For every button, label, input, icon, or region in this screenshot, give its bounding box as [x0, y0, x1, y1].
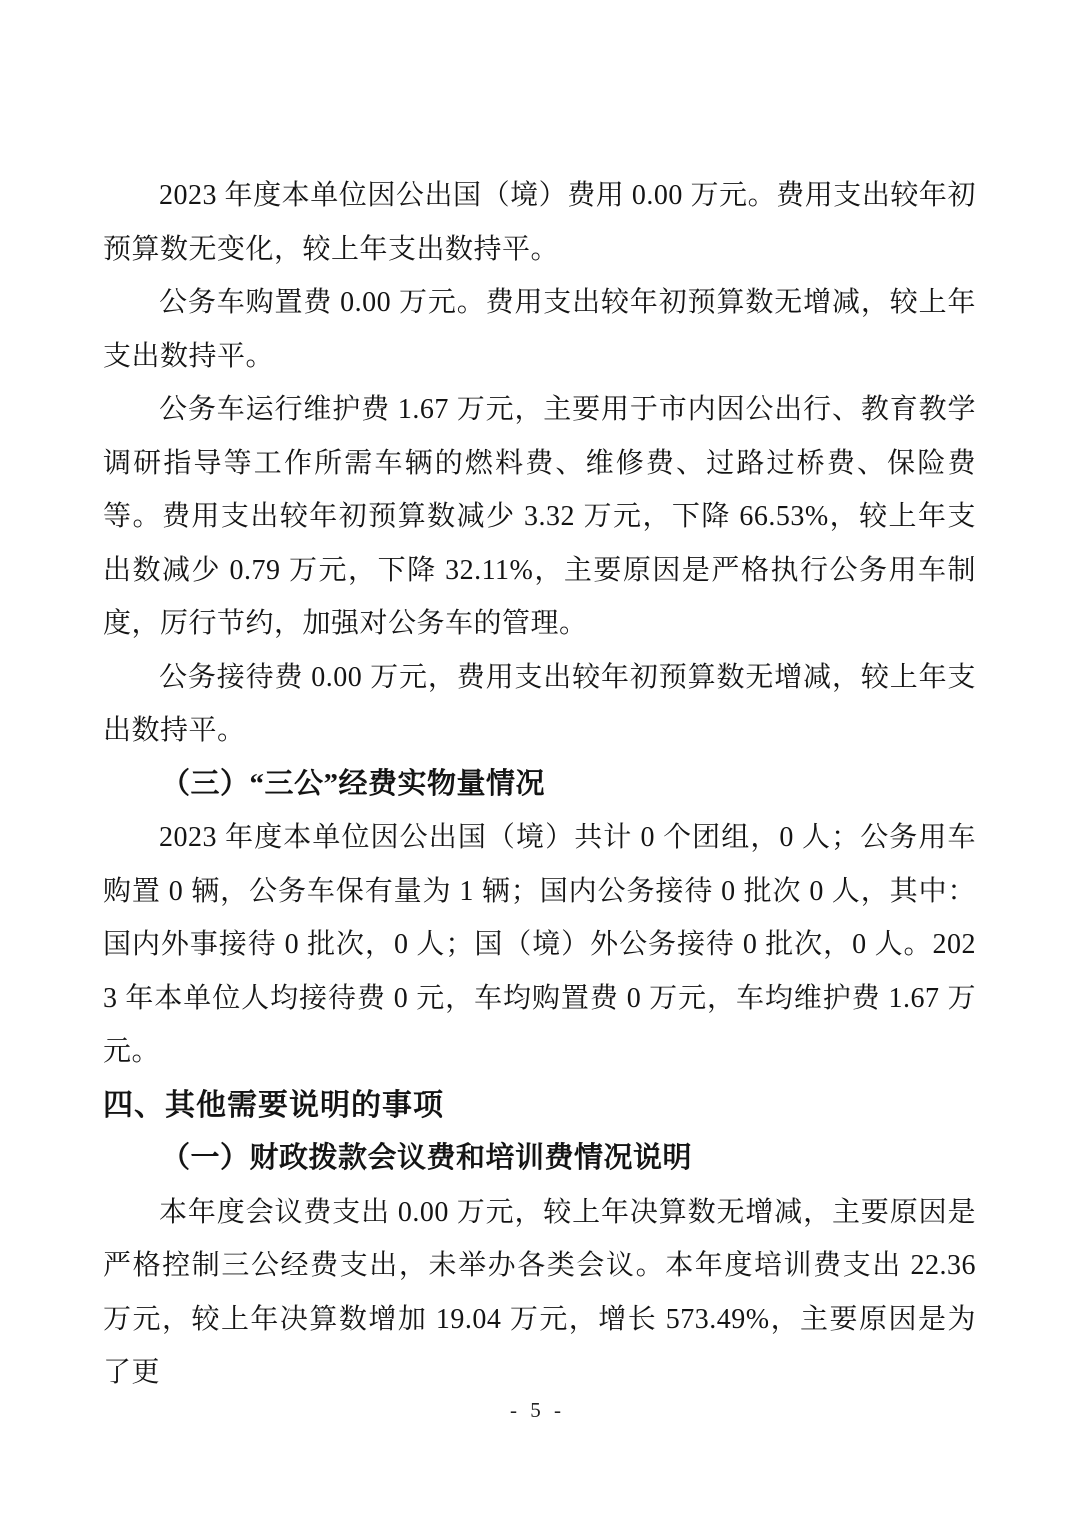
- heading-three-public-funds-physical-quantity: （三）“三公”经费实物量情况: [103, 758, 976, 812]
- document-page: 2023 年度本单位因公出国（境）费用 0.00 万元。费用支出较年初预算数无变…: [0, 0, 1075, 1520]
- paragraph-abroad-expense: 2023 年度本单位因公出国（境）费用 0.00 万元。费用支出较年初预算数无变…: [103, 169, 976, 276]
- paragraph-physical-quantity-details: 2023 年度本单位因公出国（境）共计 0 个团组，0 人；公务用车购置 0 辆…: [103, 811, 976, 1079]
- heading-meeting-training-fees: （一）财政拨款会议费和培训费情况说明: [103, 1132, 976, 1186]
- paragraph-vehicle-maintenance-expense: 公务车运行维护费 1.67 万元，主要用于市内因公出行、教育教学调研指导等工作所…: [103, 383, 976, 651]
- page-number: - 5 -: [0, 1398, 1075, 1423]
- heading-section-four-other-matters: 四、其他需要说明的事项: [103, 1079, 976, 1133]
- paragraph-vehicle-purchase-expense: 公务车购置费 0.00 万元。费用支出较年初预算数无增减，较上年支出数持平。: [103, 276, 976, 383]
- paragraph-official-reception-expense: 公务接待费 0.00 万元，费用支出较年初预算数无增减，较上年支出数持平。: [103, 651, 976, 758]
- paragraph-meeting-training-fee-details: 本年度会议费支出 0.00 万元，较上年决算数无增减，主要原因是严格控制三公经费…: [103, 1186, 976, 1400]
- document-body: 2023 年度本单位因公出国（境）费用 0.00 万元。费用支出较年初预算数无变…: [103, 169, 976, 1400]
